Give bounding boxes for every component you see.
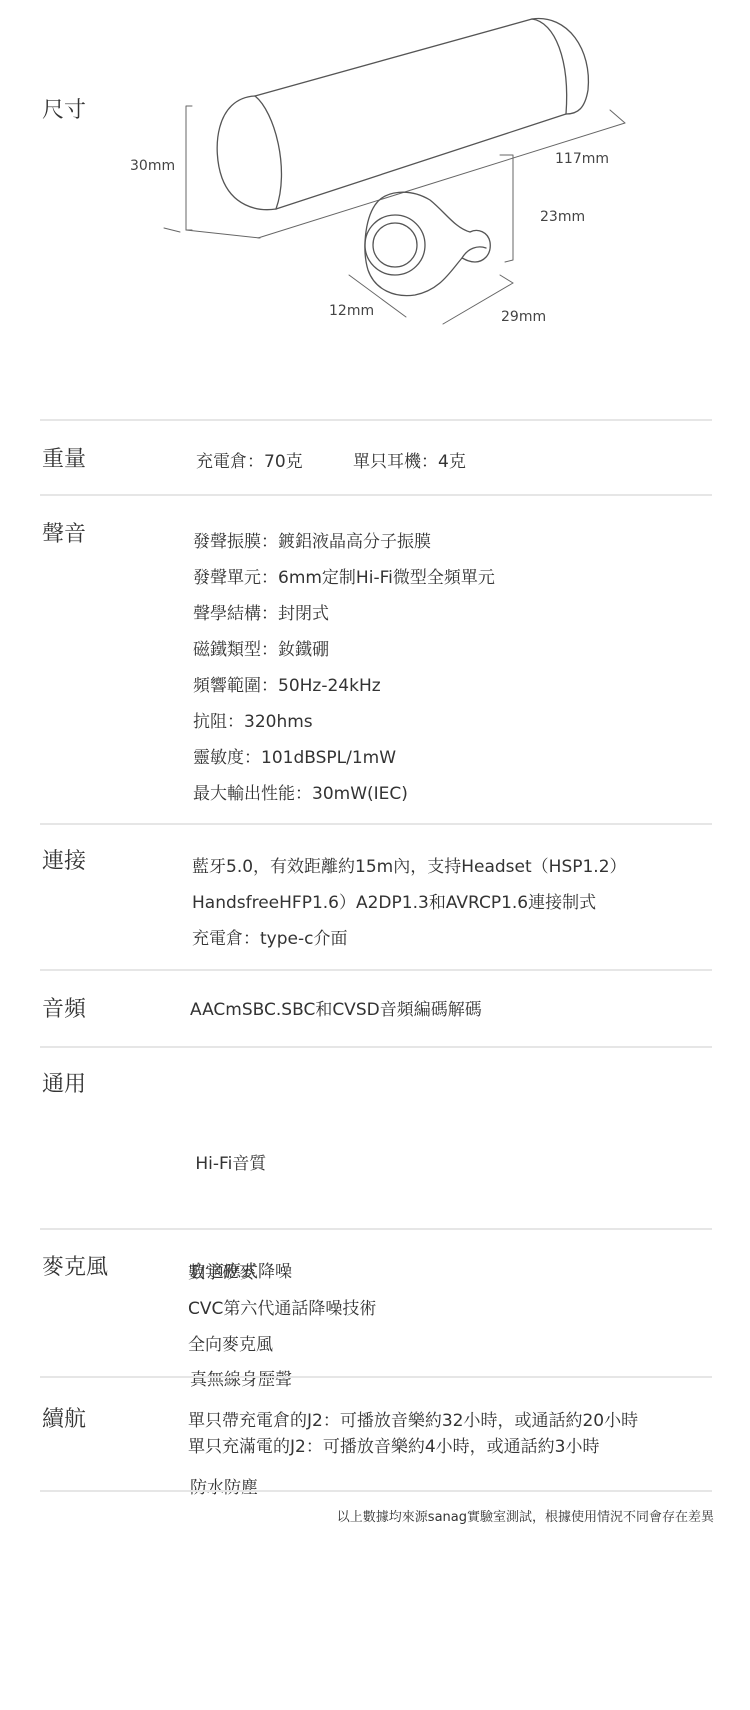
spec-values-battery: 單只帶充電倉的J2：可播放音樂約32小時，或通話約20小時 單只充滿電的J2：可… (188, 1408, 638, 1460)
divider (40, 419, 712, 421)
spec-line: AACmSBC.SBC和CVSD音頻編碼解碼 (190, 997, 482, 1023)
spec-values-sound: 發聲振膜：鍍鋁液晶高分子振膜 發聲單元：6mm定制Hi-Fi微型全頻單元 聲學結… (193, 524, 495, 812)
spec-label-sound: 聲音 (42, 520, 86, 550)
spec-line: 單只充滿電的J2：可播放音樂約4小時，或通話約3小時 (188, 1434, 638, 1460)
spec-line: 防水防塵 (190, 1470, 292, 1506)
dimension-label-earbud-depth: 12mm (329, 302, 374, 320)
spec-label-general: 通用 (42, 1070, 86, 1100)
spec-line: 單只帶充電倉的J2：可播放音樂約32小時，或通話約20小時 (188, 1408, 638, 1434)
divider (40, 1376, 712, 1378)
spec-line: 藍牙5.0，有效距離約15m內，支持Headset（HSP1.2） (192, 849, 627, 885)
spec-line: HandsfreeHFP1.6）A2DP1.3和AVRCP1.6連接制式 (192, 885, 627, 921)
spec-value-weight-case: 充電倉：70克 (196, 450, 303, 474)
divider (40, 1490, 712, 1492)
spec-label-weight: 重量 (42, 445, 86, 475)
spec-label-audio: 音頻 (42, 995, 86, 1025)
spec-line: 最大輸出性能：30mW(IEC) (193, 776, 495, 812)
spec-line: 全向麥克風 (188, 1327, 376, 1363)
spec-values-audio: AACmSBC.SBC和CVSD音頻編碼解碼 (190, 997, 482, 1023)
spec-line: 抗阻：320hms (193, 704, 495, 740)
divider (40, 1046, 712, 1048)
divider (40, 823, 712, 825)
spec-line: 頻響範圍：50Hz-24kHz (193, 668, 495, 704)
spec-line: 充電倉：type-c介面 (192, 921, 627, 957)
spec-line: 磁鐵類型：釹鐵硼 (193, 632, 495, 668)
dimension-label-case-height: 30mm (130, 157, 175, 175)
spec-line: CVC第六代通話降噪技術 (188, 1291, 376, 1327)
divider (40, 969, 712, 971)
spec-line: 真無線身歷聲 (190, 1362, 292, 1398)
spec-line: Hi-Fi音質 (190, 1146, 292, 1182)
divider (40, 1228, 712, 1230)
dimension-label-earbud-height: 23mm (540, 208, 585, 226)
footnote: 以上數據均來源sanag實驗室測試，根據使用情況不同會存在差異 (337, 1509, 714, 1527)
dimension-label-earbud-width: 29mm (501, 308, 546, 326)
spec-label-connection: 連接 (42, 847, 86, 877)
dimension-label-case-length: 117mm (555, 150, 609, 168)
spec-line: 聲學結構：封閉式 (193, 596, 495, 632)
divider (40, 494, 712, 496)
spec-values-connection: 藍牙5.0，有效距離約15m內，支持Headset（HSP1.2） Handsf… (192, 849, 627, 957)
spec-line: 發聲單元：6mm定制Hi-Fi微型全頻單元 (193, 560, 495, 596)
spec-line: 發聲振膜：鍍鋁液晶高分子振膜 (193, 524, 495, 560)
charging-case-illustration (217, 19, 588, 210)
product-dimension-diagram (0, 0, 750, 380)
spec-label-battery: 續航 (42, 1405, 86, 1435)
spec-line: 數字矽麥 (188, 1255, 376, 1291)
earbud-illustration (365, 192, 490, 295)
spec-line: 靈敏度：101dBSPL/1mW (193, 740, 495, 776)
spec-label-microphone: 麥克風 (42, 1253, 108, 1283)
spec-values-microphone: 數字矽麥 CVC第六代通話降噪技術 全向麥克風 (188, 1255, 376, 1363)
spec-value-weight-earbud: 單只耳機：4克 (353, 450, 466, 474)
